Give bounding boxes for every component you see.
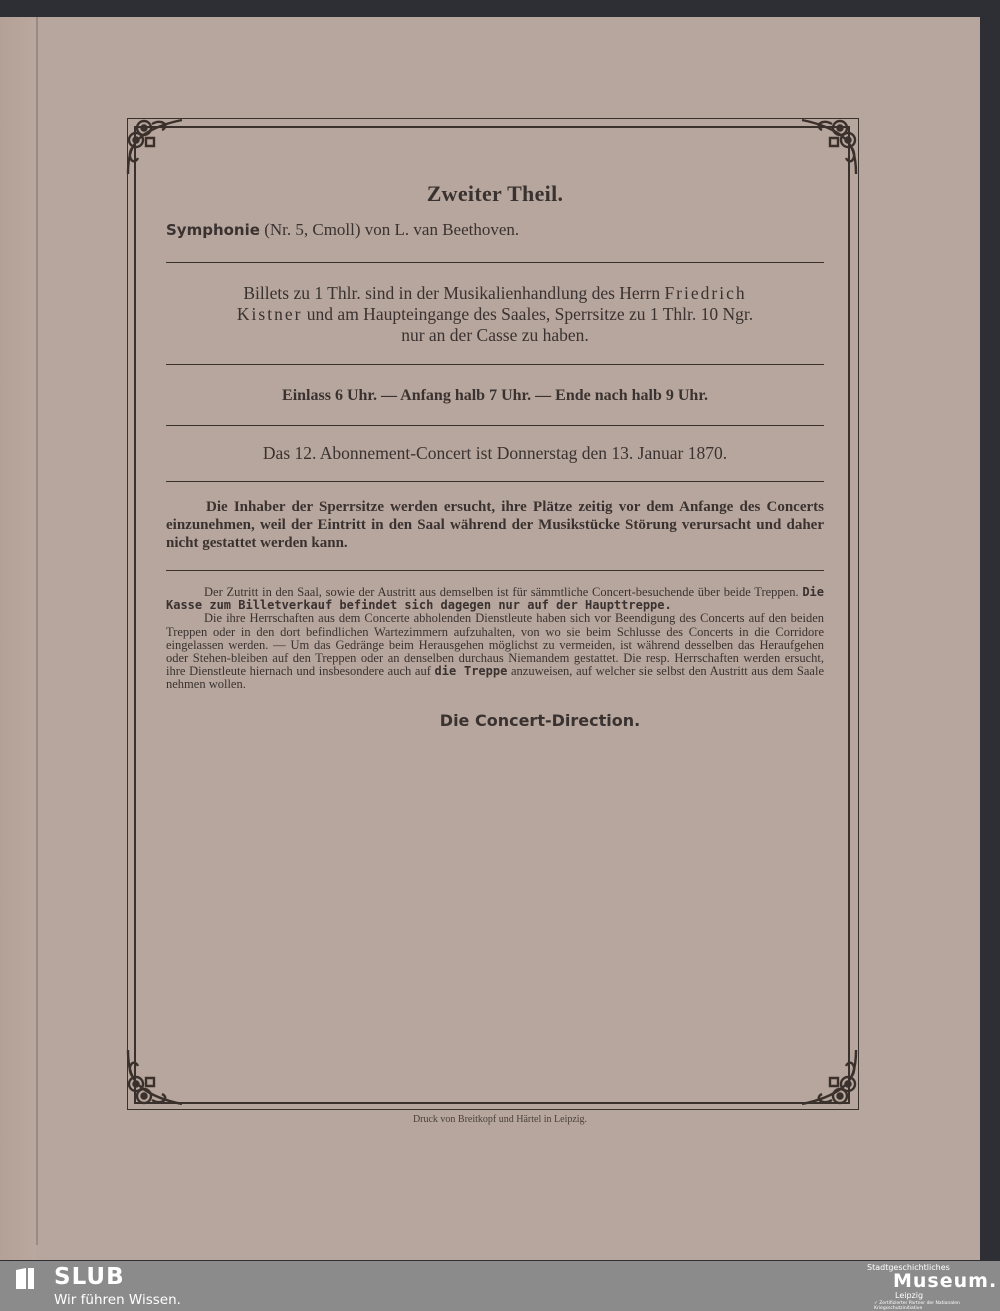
seating-notice: Die Inhaber der Sperrsitze werden ersuch… bbox=[166, 498, 824, 552]
divider bbox=[166, 262, 824, 263]
program-content: Zweiter Theil. Symphonie (Nr. 5, Cmoll) … bbox=[166, 176, 824, 730]
concert-times: Einlass 6 Uhr. — Anfang halb 7 Uhr. — En… bbox=[166, 385, 824, 406]
corner-ornament-icon bbox=[122, 114, 186, 178]
corner-ornament-icon bbox=[798, 1046, 862, 1110]
house-rules: Der Zutritt in den Saal, sowie der Austr… bbox=[166, 586, 824, 692]
page-fold-line bbox=[36, 17, 38, 1245]
program-item: Symphonie (Nr. 5, Cmoll) von L. van Beet… bbox=[166, 220, 824, 240]
corner-ornament-icon bbox=[798, 114, 862, 178]
signature: Die Concert-Direction. bbox=[166, 711, 824, 730]
next-concert: Das 12. Abonnement-Concert ist Donnersta… bbox=[166, 443, 824, 464]
slub-logo-text[interactable]: SLUB bbox=[54, 1264, 125, 1290]
scan-edge bbox=[980, 17, 1000, 1260]
divider bbox=[166, 481, 824, 482]
ticket-text: und am Haupteingange des Saales, Sperrsi… bbox=[302, 304, 753, 324]
museum-logo-text[interactable]: Museum. bbox=[893, 1270, 997, 1292]
section-title: Zweiter Theil. bbox=[166, 181, 824, 207]
ticket-text: nur an der Casse zu haben. bbox=[166, 325, 824, 346]
footer-bar: SLUB Wir führen Wissen. Stadtgeschichtli… bbox=[0, 1261, 1000, 1311]
museum-certification: ✓ Zertifizierter Partner der Nationalen … bbox=[874, 1301, 1000, 1311]
divider bbox=[166, 425, 824, 426]
slub-tagline: Wir führen Wissen. bbox=[54, 1292, 181, 1308]
rules-text: Der Zutritt in den Saal, sowie der Austr… bbox=[204, 585, 802, 599]
book-icon bbox=[14, 1267, 38, 1291]
program-details: (Nr. 5, Cmoll) von L. van Beethoven. bbox=[260, 220, 519, 239]
ticket-info: Billets zu 1 Thlr. sind in der Musikalie… bbox=[166, 283, 824, 346]
printer-imprint: Druck von Breitkopf und Härtel in Leipzi… bbox=[0, 1114, 1000, 1125]
ticket-text: Billets zu 1 Thlr. sind in der Musikalie… bbox=[243, 283, 664, 303]
ticket-name: Kistner bbox=[237, 304, 303, 324]
divider bbox=[166, 364, 824, 365]
divider bbox=[166, 570, 824, 571]
rules-emphasis: die Treppe bbox=[435, 664, 508, 678]
corner-ornament-icon bbox=[122, 1046, 186, 1110]
museum-city: Leipzig bbox=[895, 1291, 923, 1300]
ticket-name: Friedrich bbox=[664, 283, 746, 303]
program-work: Symphonie bbox=[166, 221, 260, 239]
